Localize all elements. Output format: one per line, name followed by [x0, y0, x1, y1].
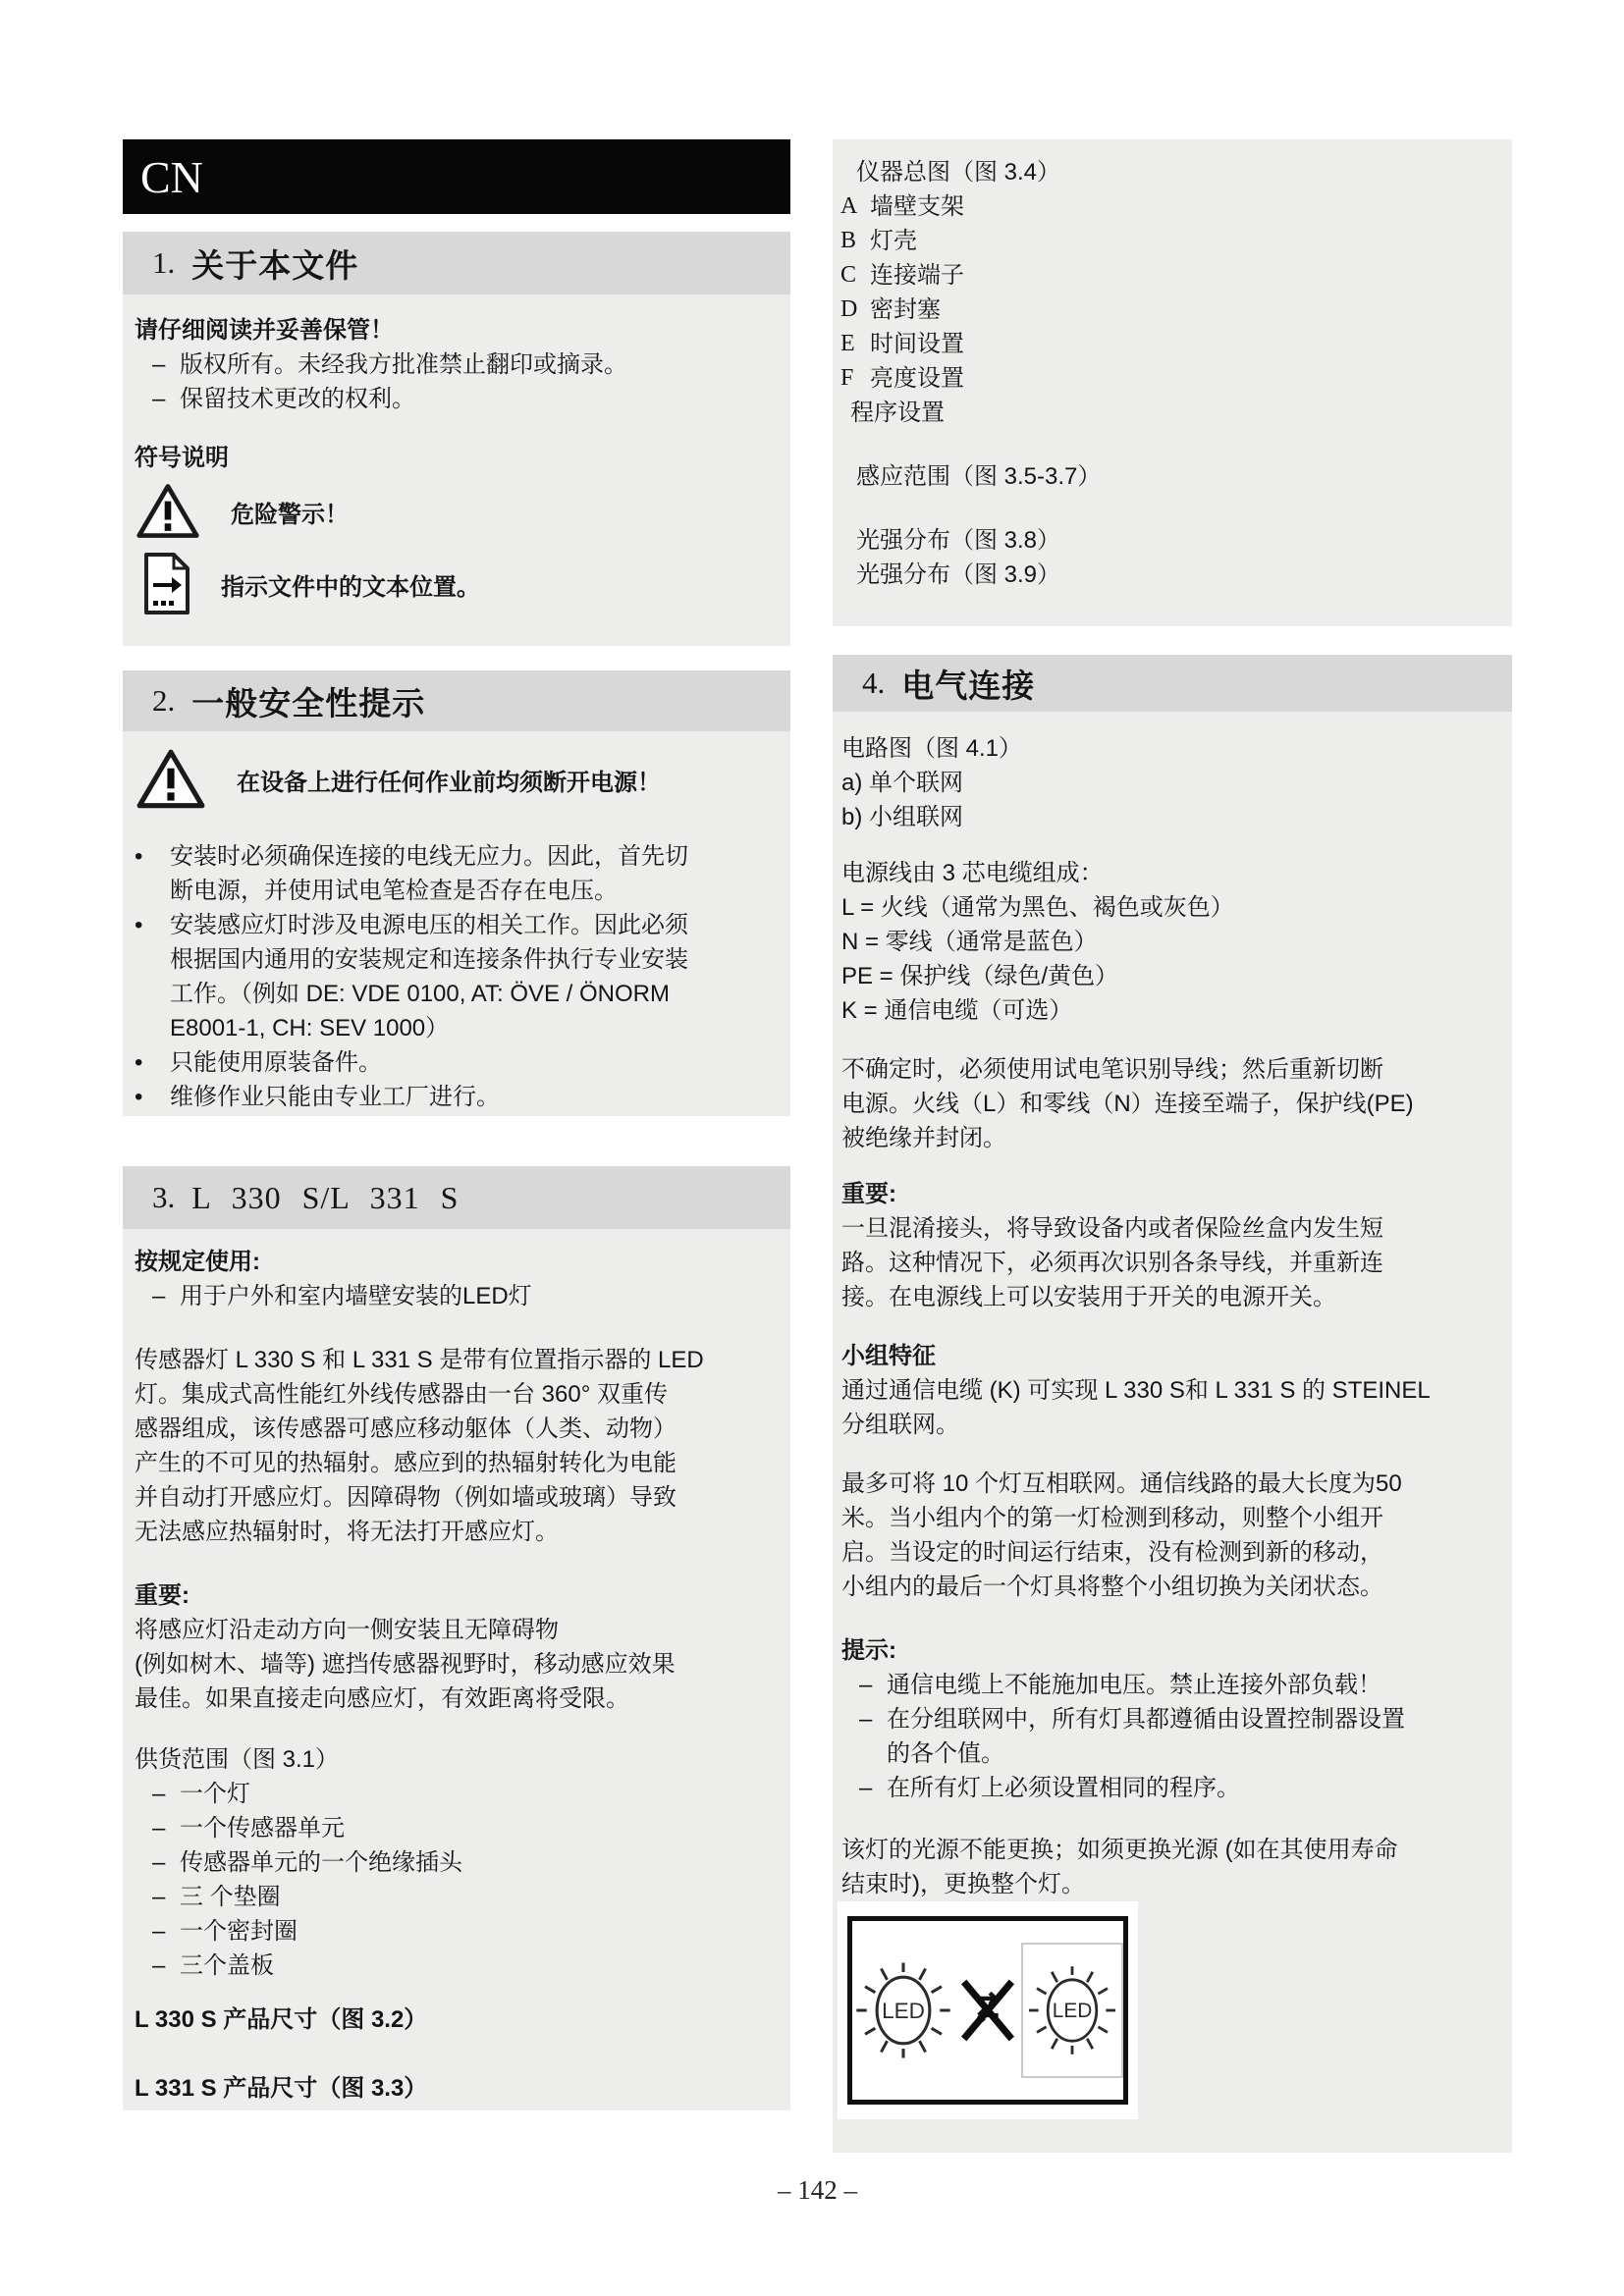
text-line: 保留技术更改的权利。 [180, 382, 777, 416]
scope-heading: 供货范围（图 3.1） [135, 1742, 777, 1777]
text-line: 安装感应灯时涉及电源电压的相关工作。因此必须 [170, 908, 777, 942]
text-line: 通过通信电缆 (K) 可实现 L 330 S和 L 331 S 的 STEINE… [841, 1373, 1500, 1408]
text-line: 通信电缆上不能施加电压。禁止连接外部负载！ [887, 1668, 1500, 1702]
text-line: 灯。集成式高性能红外线传感器由一台 360° 双重传 [135, 1377, 777, 1412]
document-note-icon [142, 552, 191, 616]
led-figure-frame: LED [847, 1916, 1128, 2105]
list-item: –三个盖板 [152, 1949, 777, 1983]
section1-title: 关于本文件 [191, 240, 358, 287]
text-line: L = 火线（通常为黑色、褐色或灰色） [841, 890, 1500, 925]
part-label: 密封塞 [870, 293, 941, 327]
light-distribution-ref-1: 光强分布（图 3.8） [840, 523, 1500, 558]
led-sun-icon: LED [1025, 1952, 1119, 2068]
list-item: –版权所有。未经我方批准禁止翻印或摘录。 [152, 347, 777, 382]
doc-reference-row: 指示文件中的文本位置。 [135, 552, 777, 616]
text-line: 并自动打开感应灯。因障碍物（例如墙或玻璃）导致 [135, 1480, 777, 1515]
important-paragraph: 将感应灯沿走动方向一侧安装且无障碍物(例如树木、墙等) 遮挡传感器视野时，移动感… [135, 1613, 777, 1716]
part-label: 时间设置 [870, 327, 964, 361]
intended-use-list: –用于户外和室内墙壁安装的LED灯 [152, 1279, 777, 1313]
product-description-paragraph: 传感器灯 L 330 S 和 L 331 S 是带有位置指示器的 LED灯。集成… [135, 1343, 777, 1549]
tips-heading: 提示: [841, 1633, 1500, 1668]
list-item: –三 个垫圈 [152, 1880, 777, 1914]
text-line: 根据国内通用的安装规定和连接条件执行专业安装 [170, 942, 777, 977]
led-not-replaceable-figure: LED [838, 1901, 1138, 2119]
text-line: 产生的不可见的热辐射。感应到的热辐射转化为电能 [135, 1446, 777, 1480]
section3-number: 3. [152, 1180, 175, 1215]
section1-header: 1. 关于本文件 [123, 232, 790, 294]
section3-content: 按规定使用: –用于户外和室内墙壁安装的LED灯 传感器灯 L 330 S 和 … [123, 1229, 790, 2110]
bullet-marker: – [152, 1777, 180, 1811]
text-line: 最多可将 10 个灯互相联网。通信线路的最大长度为50 [841, 1467, 1500, 1501]
text-line: 一旦混淆接头，将导致设备内或者保险丝盒内发生短 [841, 1211, 1500, 1246]
text-line: K = 通信电缆（可选） [841, 993, 1500, 1028]
text-line: 无法感应热辐射时，将无法打开感应灯。 [135, 1515, 777, 1549]
part-row: C连接端子 [840, 258, 1500, 293]
important-heading: 重要: [135, 1578, 777, 1613]
text-line: 三 个垫圈 [180, 1880, 777, 1914]
text-line: 工作。（例如 DE: VDE 0100, AT: ÖVE / ÖNORM [170, 977, 777, 1011]
text-line: 维修作业只能由专业工厂进行。 [170, 1080, 777, 1114]
text-line: (例如树木、墙等) 遮挡传感器视野时，移动感应效果 [135, 1647, 777, 1682]
list-item: –传感器单元的一个绝缘插头 [152, 1845, 777, 1880]
part-label: 连接端子 [870, 258, 964, 293]
text-line: 分组联网。 [841, 1408, 1500, 1442]
text-line: 三个盖板 [180, 1949, 777, 1983]
list-item: –用于户外和室内墙壁安装的LED灯 [152, 1279, 777, 1313]
text-line: 用于户外和室内墙壁安装的LED灯 [180, 1279, 777, 1313]
list-item: •安装时必须确保连接的电线无应力。因此，首先切断电源，并使用试电笔检查是否存在电… [135, 839, 777, 908]
wire-legend: L = 火线（通常为黑色、褐色或灰色）N = 零线（通常是蓝色）PE = 保护线… [841, 890, 1500, 1028]
text-line: 路。这种情况下，必须再次识别各条导线，并重新连 [841, 1246, 1500, 1280]
text-line: 该灯的光源不能更换；如须更换光源 (如在其使用寿命 [841, 1833, 1500, 1867]
bullet-marker: – [152, 1845, 180, 1880]
text-line: 只能使用原装备件。 [170, 1045, 777, 1080]
bullet-marker: – [152, 1914, 180, 1949]
text-line: a) 单个联网 [841, 766, 1500, 800]
device-overview-panel: 仪器总图（图 3.4） A墙壁支架 B灯壳 C连接端子 D密封塞 E时间设置 F… [833, 139, 1512, 626]
list-item: •只能使用原装备件。 [135, 1045, 777, 1080]
page-number: – 142 – [123, 2175, 1512, 2206]
part-label: 墙壁支架 [870, 189, 964, 224]
part-key: A [840, 189, 870, 224]
section4-content: 电路图（图 4.1） a) 单个联网b) 小组联网 电源线由 3 芯电缆组成： … [833, 712, 1512, 2153]
group-feature-paragraph: 通过通信电缆 (K) 可实现 L 330 S和 L 331 S 的 STEINE… [841, 1373, 1500, 1442]
text-line: 小组内的最后一个灯具将整个小组切换为关闭状态。 [841, 1570, 1500, 1604]
warning-triangle-icon [135, 481, 201, 542]
wire-identify-paragraph: 不确定时，必须使用试电笔识别导线；然后重新切断电源。火线（L）和零线（N）连接至… [841, 1052, 1500, 1155]
intended-use-heading: 按规定使用: [135, 1245, 777, 1279]
part-row: F亮度设置 [840, 361, 1500, 396]
text-line: 一个灯 [180, 1777, 777, 1811]
text-line: 被绝缘并封闭。 [841, 1121, 1500, 1155]
part-key: B [840, 224, 870, 258]
text-line: 一个密封圈 [180, 1914, 777, 1949]
bullet-marker: – [152, 382, 180, 416]
cable-heading: 电源线由 3 芯电缆组成： [841, 856, 1500, 890]
text-line: 结束时)，更换整个灯。 [841, 1867, 1500, 1901]
list-item: –一个密封圈 [152, 1914, 777, 1949]
networking-paragraph: 最多可将 10 个灯互相联网。通信线路的最大长度为50米。当小组内个的第一灯检测… [841, 1467, 1500, 1604]
text-line: 电源。火线（L）和零线（N）连接至端子，保护线(PE) [841, 1087, 1500, 1121]
bullet-marker: – [152, 1880, 180, 1914]
text-line: 传感器单元的一个绝缘插头 [180, 1845, 777, 1880]
read-keep-heading: 请仔细阅读并妥善保管！ [135, 313, 777, 347]
list-item: –在分组联网中，所有灯具都遵循由设置控制器设置的各个值。 [859, 1702, 1500, 1771]
text-line: b) 小组联网 [841, 800, 1500, 834]
overview-heading: 仪器总图（图 3.4） [840, 155, 1500, 189]
important-heading-right: 重要: [841, 1177, 1500, 1211]
circuit-variants: a) 单个联网b) 小组联网 [841, 766, 1500, 834]
led-sun-icon: LED [852, 1949, 954, 2072]
bullet-marker: • [135, 908, 170, 1045]
text-line: 最佳。如果直接走向感应灯，有效距离将受限。 [135, 1682, 777, 1716]
text-line: 不确定时，必须使用试电笔识别导线；然后重新切断 [841, 1052, 1500, 1087]
svg-text:LED: LED [882, 1999, 925, 2023]
group-feature-heading: 小组特征 [841, 1339, 1500, 1373]
part-label-program: 程序设置 [840, 396, 1500, 430]
bullet-marker: – [859, 1771, 887, 1805]
copyright-list: –版权所有。未经我方批准禁止翻印或摘录。–保留技术更改的权利。 [152, 347, 777, 416]
text-line: 一个传感器单元 [180, 1811, 777, 1845]
list-item: –一个传感器单元 [152, 1811, 777, 1845]
text-line: E8001-1, CH: SEV 1000） [170, 1011, 777, 1045]
part-row: D密封塞 [840, 293, 1500, 327]
no-replace-icon [956, 1956, 1019, 2064]
bullet-marker: • [135, 839, 170, 908]
text-line: PE = 保护线（绿色/黄色） [841, 959, 1500, 993]
warning-triangle-icon [135, 747, 207, 812]
text-line: 接。在电源线上可以安装用于开关的电源开关。 [841, 1280, 1500, 1314]
section4-title: 电气连接 [901, 661, 1035, 707]
part-row: E时间设置 [840, 327, 1500, 361]
svg-text:LED: LED [1053, 2000, 1092, 2022]
circuit-diagram-heading: 电路图（图 4.1） [841, 731, 1500, 766]
text-line: 电源线由 3 芯电缆组成： [841, 856, 1500, 890]
list-item: –通信电缆上不能施加电压。禁止连接外部负载！ [859, 1668, 1500, 1702]
section3-header: 3. L 330 S/L 331 S [123, 1166, 790, 1229]
section2-content: 在设备上进行任何作业前均须断开电源！ •安装时必须确保连接的电线无应力。因此，首… [123, 731, 790, 1116]
bullet-marker: – [152, 1811, 180, 1845]
section3-title: L 330 S/L 331 S [191, 1180, 459, 1216]
part-key: F [840, 361, 870, 396]
bullet-marker: • [135, 1080, 170, 1114]
text-line: 启。当设定的时间运行结束，没有检测到新的移动， [841, 1535, 1500, 1570]
part-key: D [840, 293, 870, 327]
section4-number: 4. [862, 666, 885, 701]
list-item: •安装感应灯时涉及电源电压的相关工作。因此必须根据国内通用的安装规定和连接条件执… [135, 908, 777, 1045]
text-line: 米。当小组内个的第一灯检测到移动，则整个小组开 [841, 1501, 1500, 1535]
bullet-marker: – [859, 1702, 887, 1771]
list-item: •维修作业只能由专业工厂进行。 [135, 1080, 777, 1114]
detection-range-ref: 感应范围（图 3.5-3.7） [840, 459, 1500, 494]
bullet-marker: – [152, 1949, 180, 1983]
section4-header: 4. 电气连接 [833, 655, 1512, 712]
part-row: A墙壁支架 [840, 189, 1500, 224]
part-label: 灯壳 [870, 224, 917, 258]
light-distribution-ref-2: 光强分布（图 3.9） [840, 558, 1500, 592]
tips-list: –通信电缆上不能施加电压。禁止连接外部负载！–在分组联网中，所有灯具都遵循由设置… [859, 1668, 1500, 1805]
dimensions-l331s: L 331 S 产品尺寸（图 3.3） [135, 2071, 777, 2106]
danger-symbol-row: 危险警示！ [135, 481, 777, 542]
part-key: E [840, 327, 870, 361]
bullet-marker: – [152, 1279, 180, 1313]
disconnect-warning-label: 在设备上进行任何作业前均须断开电源！ [237, 763, 661, 797]
list-item: –保留技术更改的权利。 [152, 382, 777, 416]
doc-reference-label: 指示文件中的文本位置。 [221, 567, 480, 602]
important-paragraph-right: 一旦混淆接头，将导致设备内或者保险丝盒内发生短路。这种情况下，必须再次识别各条导… [841, 1211, 1500, 1314]
text-line: 在分组联网中，所有灯具都遵循由设置控制器设置 [887, 1702, 1500, 1736]
language-tag: CN [140, 151, 203, 203]
section1-content: 请仔细阅读并妥善保管！ –版权所有。未经我方批准禁止翻印或摘录。–保留技术更改的… [123, 294, 790, 646]
text-line: 在所有灯上必须设置相同的程序。 [887, 1771, 1500, 1805]
language-tag-bar: CN [123, 139, 790, 214]
list-item: –一个灯 [152, 1777, 777, 1811]
section1-number: 1. [152, 245, 175, 281]
part-row: B灯壳 [840, 224, 1500, 258]
danger-label: 危险警示！ [231, 495, 349, 529]
safety-list: •安装时必须确保连接的电线无应力。因此，首先切断电源，并使用试电笔检查是否存在电… [135, 839, 777, 1114]
disconnect-warning-row: 在设备上进行任何作业前均须断开电源！ [135, 747, 777, 812]
scope-list: –一个灯–一个传感器单元–传感器单元的一个绝缘插头–三 个垫圈–一个密封圈–三个… [152, 1777, 777, 1983]
dimensions-l330s: L 330 S 产品尺寸（图 3.2） [135, 2002, 777, 2037]
section2-header: 2. 一般安全性提示 [123, 670, 790, 731]
text-line: 断电源，并使用试电笔检查是否存在电压。 [170, 874, 777, 908]
text-line: 版权所有。未经我方批准禁止翻印或摘录。 [180, 347, 777, 382]
text-line: N = 零线（通常是蓝色） [841, 925, 1500, 959]
section2-title: 一般安全性提示 [191, 678, 425, 724]
bullet-marker: – [152, 347, 180, 382]
text-line: 的各个值。 [887, 1736, 1500, 1771]
text-line: 安装时必须确保连接的电线无应力。因此，首先切 [170, 839, 777, 874]
text-line: 将感应灯沿走动方向一侧安装且无障碍物 [135, 1613, 777, 1647]
text-line: 传感器灯 L 330 S 和 L 331 S 是带有位置指示器的 LED [135, 1343, 777, 1377]
symbols-heading: 符号说明 [135, 441, 777, 475]
bullet-marker: • [135, 1045, 170, 1080]
manual-page: { "footer": { "page_number": "– 142 –" }… [0, 0, 1624, 2296]
part-key: C [840, 258, 870, 293]
lamp-replacement-paragraph: 该灯的光源不能更换；如须更换光源 (如在其使用寿命结束时)，更换整个灯。 [841, 1833, 1500, 1901]
led-replacement-unit-box: LED [1021, 1943, 1123, 2078]
list-item: –在所有灯上必须设置相同的程序。 [859, 1771, 1500, 1805]
section2-number: 2. [152, 683, 175, 719]
bullet-marker: – [859, 1668, 887, 1702]
part-label: 亮度设置 [870, 361, 964, 396]
text-line: 感器组成，该传感器可感应移动躯体（人类、动物） [135, 1412, 777, 1446]
